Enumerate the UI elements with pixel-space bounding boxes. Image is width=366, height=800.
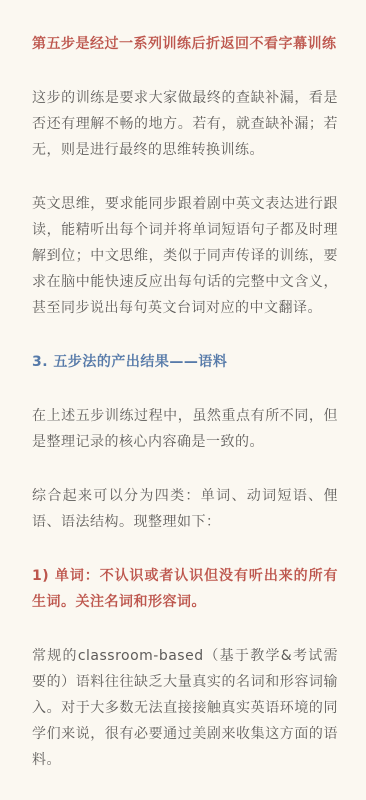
paragraph-english-chinese-thinking: 英文思维，要求能同步跟着剧中英文表达进行跟读，能精听出每个词并将单词短语句子都及… [32,191,338,321]
heading-step-five: 第五步是经过一系列训练后折返回不看字幕训练 [32,31,338,57]
paragraph-classroom-based: 常规的classroom-based（基于教学&考试需要的）语料往往缺乏大量真实… [32,643,338,773]
subheading-1-words: 1) 单词：不认识或者认识但没有听出来的所有生词。关注名词和形容词。 [32,563,338,615]
article-page: 第五步是经过一系列训练后折返回不看字幕训练 这步的训练是要求大家做最终的查缺补漏… [0,0,366,800]
paragraph-check-gaps: 这步的训练是要求大家做最终的查缺补漏，看是否还有理解不畅的地方。若有，就查缺补漏… [32,85,338,163]
paragraph-four-categories: 综合起来可以分为四类：单词、动词短语、俚语、语法结构。现整理如下： [32,483,338,535]
paragraph-core-content: 在上述五步训练过程中，虽然重点有所不同，但是整理记录的核心内容确是一致的。 [32,403,338,455]
heading-section-3-output: 3. 五步法的产出结果——语料 [32,349,338,375]
